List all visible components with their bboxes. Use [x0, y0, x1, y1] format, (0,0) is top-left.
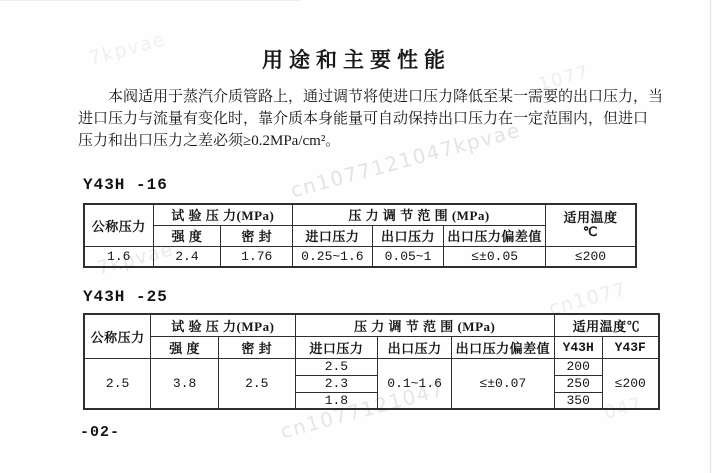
cell-deviation: ≤±0.05 [444, 246, 546, 267]
header-inlet-pressure: 进口压力 [295, 336, 378, 358]
model-label-y43h-16: Y43H -16 [83, 176, 168, 194]
cell-inlet-2: 2.3 [295, 375, 378, 392]
intro-paragraph: 本阀适用于蒸汽介质管路上，通过调节将使进口压力降低至某一需要的出口压力，当 进口… [78, 86, 640, 152]
cell-outlet: 0.1~1.6 [378, 358, 452, 409]
header-test-pressure: 试 验 压 力(MPa) [151, 314, 295, 336]
cell-nominal: 2.5 [84, 358, 151, 409]
header-outlet-deviation: 出口压力偏差值 [444, 225, 546, 246]
header-seal: 密 封 [221, 225, 293, 246]
header-outlet-pressure: 出口压力 [372, 225, 444, 246]
cell-y43f-temp: ≤200 [602, 358, 659, 409]
header-outlet-deviation: 出口压力偏差值 [451, 336, 554, 358]
page-edge-top [0, 0, 300, 1]
header-applicable-temp: 适用温度℃ [554, 314, 659, 336]
header-y43f: Y43F [602, 336, 659, 358]
page-title: 用途和主要性能 [0, 44, 713, 74]
header-inlet-pressure: 进口压力 [293, 225, 372, 246]
page-number: -02- [80, 424, 120, 441]
cell-outlet: 0.05~1 [372, 246, 444, 267]
cell-temp: ≤200 [545, 246, 636, 267]
table-row: 2.5 3.8 2.5 2.5 0.1~1.6 ≤±0.07 200 ≤200 [84, 358, 659, 375]
header-adjust-range: 压 力 调 节 范 围 (MPa) [295, 314, 554, 336]
cell-seal: 2.5 [219, 358, 295, 409]
cell-inlet-3: 1.8 [295, 392, 378, 409]
table-row: 1.6 2.4 1.76 0.25~1.6 0.05~1 ≤±0.05 ≤200 [84, 246, 636, 267]
header-outlet-pressure: 出口压力 [378, 336, 452, 358]
paragraph-line: 本阀适用于蒸汽介质管路上，通过调节将使进口压力降低至某一需要的出口压力，当 [78, 86, 640, 108]
cell-deviation: ≤±0.07 [451, 358, 554, 409]
header-nominal-pressure: 公称压力 [84, 204, 153, 246]
model-label-y43h-25: Y43H -25 [83, 288, 168, 306]
document-page: 7kpvae 1077 cn1077121047kpvae 7kpvae cn1… [0, 0, 713, 473]
cell-seal: 1.76 [221, 246, 293, 267]
header-nominal-pressure: 公称压力 [84, 314, 151, 358]
paragraph-line: 压力和出口压力之差必须≥0.2MPa/cm²。 [78, 130, 640, 152]
cell-y43h-temp-2: 250 [554, 375, 602, 392]
spec-table-y43h-16: 公称压力 试 验 压 力(MPa) 压 力 调 节 范 围 (MPa) 适用温度… [83, 203, 637, 268]
header-strength: 强 度 [153, 225, 221, 246]
cell-strength: 2.4 [153, 246, 221, 267]
header-applicable-temp-line1: 适用温度 [548, 211, 633, 225]
cell-inlet-1: 2.5 [295, 358, 378, 375]
header-seal: 密 封 [219, 336, 295, 358]
header-applicable-temp: 适用温度 ℃ [545, 204, 636, 246]
header-applicable-temp-line2: ℃ [548, 225, 633, 239]
cell-strength: 3.8 [151, 358, 219, 409]
header-strength: 强 度 [151, 336, 219, 358]
header-adjust-range: 压 力 调 节 范 围 (MPa) [293, 204, 546, 225]
header-test-pressure: 试 验 压 力(MPa) [153, 204, 293, 225]
spec-table-y43h-25: 公称压力 试 验 压 力(MPa) 压 力 调 节 范 围 (MPa) 适用温度… [83, 313, 660, 410]
cell-y43h-temp-1: 200 [554, 358, 602, 375]
cell-nominal: 1.6 [84, 246, 153, 267]
cell-inlet: 0.25~1.6 [293, 246, 372, 267]
paragraph-line: 进口压力与流量有变化时，靠介质本身能量可自动保持出口压力在一定范围内，但进口 [78, 108, 640, 130]
header-y43h: Y43H [554, 336, 602, 358]
cell-y43h-temp-3: 350 [554, 392, 602, 409]
